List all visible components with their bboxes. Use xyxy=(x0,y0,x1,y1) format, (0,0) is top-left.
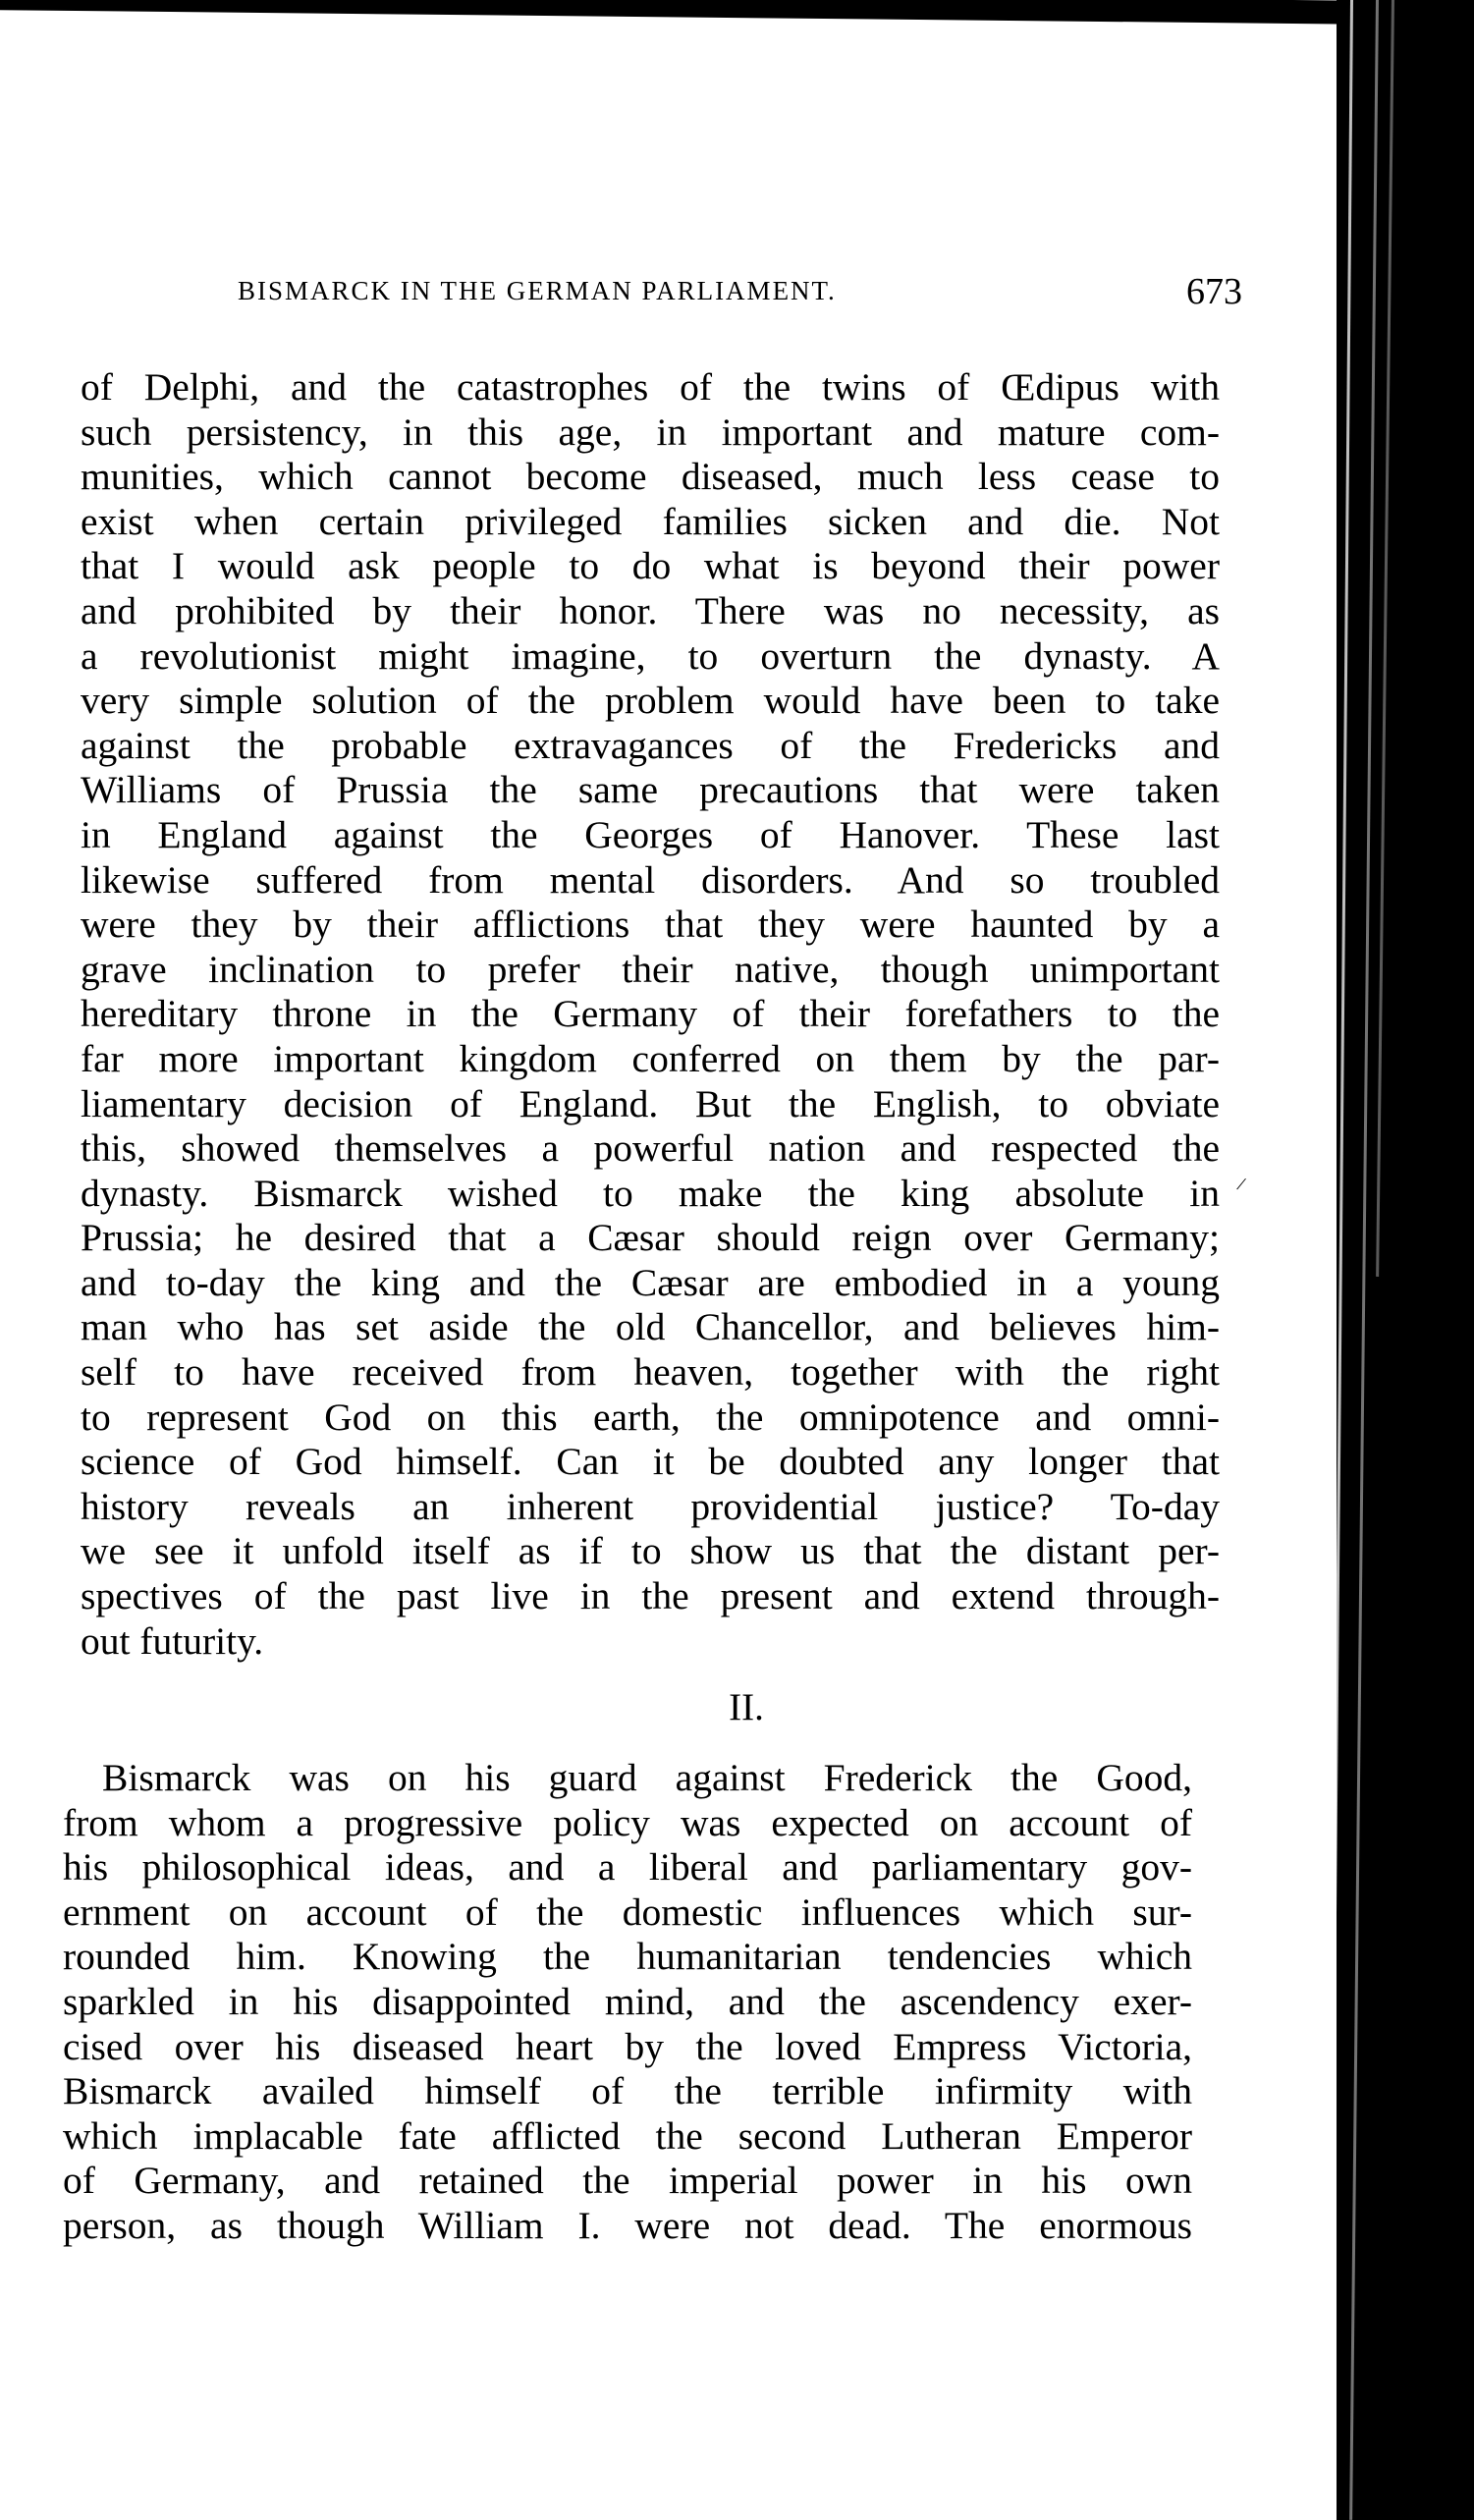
scanned-page: BISMARCK IN THE GERMAN PARLIAMENT. 673 o… xyxy=(0,0,1336,2520)
text-line: exist when certain privileged families s… xyxy=(81,500,1220,545)
text-line: of Delphi, and the catastrophes of the t… xyxy=(81,365,1220,411)
text-line: Prussia; he desired that a Cæsar should … xyxy=(81,1216,1220,1261)
text-line: spectives of the past live in the presen… xyxy=(81,1574,1220,1619)
text-line: far more important kingdom conferred on … xyxy=(81,1037,1220,1082)
text-line: likewise suffered from mental disorders.… xyxy=(81,858,1220,904)
text-line: science of God himself. Can it be doubte… xyxy=(81,1440,1220,1485)
gutter-line xyxy=(1349,0,1379,2520)
text-line: grave inclination to prefer their native… xyxy=(81,948,1220,993)
text-line: this, showed themselves a powerful natio… xyxy=(81,1126,1220,1172)
section-heading: II. xyxy=(0,1685,1336,1729)
running-head: BISMARCK IN THE GERMAN PARLIAMENT. 673 xyxy=(238,276,1220,315)
text-line: such persistency, in this age, in import… xyxy=(81,411,1220,456)
text-line: out futurity. xyxy=(81,1619,1220,1665)
text-line: and prohibited by their honor. There was… xyxy=(81,589,1220,634)
text-line: dynasty. Bismarck wished to make the kin… xyxy=(81,1172,1220,1217)
text-line: rounded him. Knowing the humanitarian te… xyxy=(63,1935,1192,1980)
text-line: against the probable extravagances of th… xyxy=(81,724,1220,769)
running-title: BISMARCK IN THE GERMAN PARLIAMENT. xyxy=(238,276,837,306)
text-line: Bismarck was on his guard against Freder… xyxy=(63,1756,1192,1801)
gutter-line xyxy=(1376,0,1394,1277)
section-2-text: Bismarck was on his guard against Freder… xyxy=(63,1756,1192,2249)
text-line: history reveals an inherent providential… xyxy=(81,1485,1220,1530)
text-line: self to have received from heaven, toget… xyxy=(81,1350,1220,1396)
text-line: sparkled in his disappointed mind, and t… xyxy=(63,1980,1192,2025)
text-line: to represent God on this earth, the omni… xyxy=(81,1396,1220,1441)
text-line: munities, which cannot become diseased, … xyxy=(81,455,1220,500)
page-number: 673 xyxy=(1186,270,1242,313)
stray-mark: / xyxy=(1234,1174,1247,1197)
text-line: of Germany, and retained the imperial po… xyxy=(63,2159,1192,2204)
text-line: cised over his diseased heart by the lov… xyxy=(63,2025,1192,2070)
text-line: Bismarck availed himself of the terrible… xyxy=(63,2069,1192,2114)
text-line: which implacable fate afflicted the seco… xyxy=(63,2114,1192,2160)
scan-right-gutter xyxy=(1337,0,1474,2520)
text-line: from whom a progressive policy was expec… xyxy=(63,1801,1192,1846)
text-line: hereditary throne in the Germany of thei… xyxy=(81,992,1220,1037)
section-1-text: of Delphi, and the catastrophes of the t… xyxy=(81,365,1220,1664)
text-line: man who has set aside the old Chancellor… xyxy=(81,1305,1220,1350)
text-line: in England against the Georges of Hanove… xyxy=(81,813,1220,858)
text-line: his philosophical ideas, and a liberal a… xyxy=(63,1845,1192,1890)
text-line: Williams of Prussia the same precautions… xyxy=(81,768,1220,813)
text-line: that I would ask people to do what is be… xyxy=(81,544,1220,589)
text-line: we see it unfold itself as if to show us… xyxy=(81,1529,1220,1574)
text-line: ernment on account of the domestic influ… xyxy=(63,1890,1192,1936)
text-line: and to-day the king and the Cæsar are em… xyxy=(81,1261,1220,1306)
text-line: very simple solution of the problem woul… xyxy=(81,679,1220,724)
text-line: a revolutionist might imagine, to overtu… xyxy=(81,634,1220,680)
text-line: were they by their afflictions that they… xyxy=(81,903,1220,948)
text-line: liamentary decision of England. But the … xyxy=(81,1082,1220,1127)
text-line: person, as though William I. were not de… xyxy=(63,2204,1192,2249)
